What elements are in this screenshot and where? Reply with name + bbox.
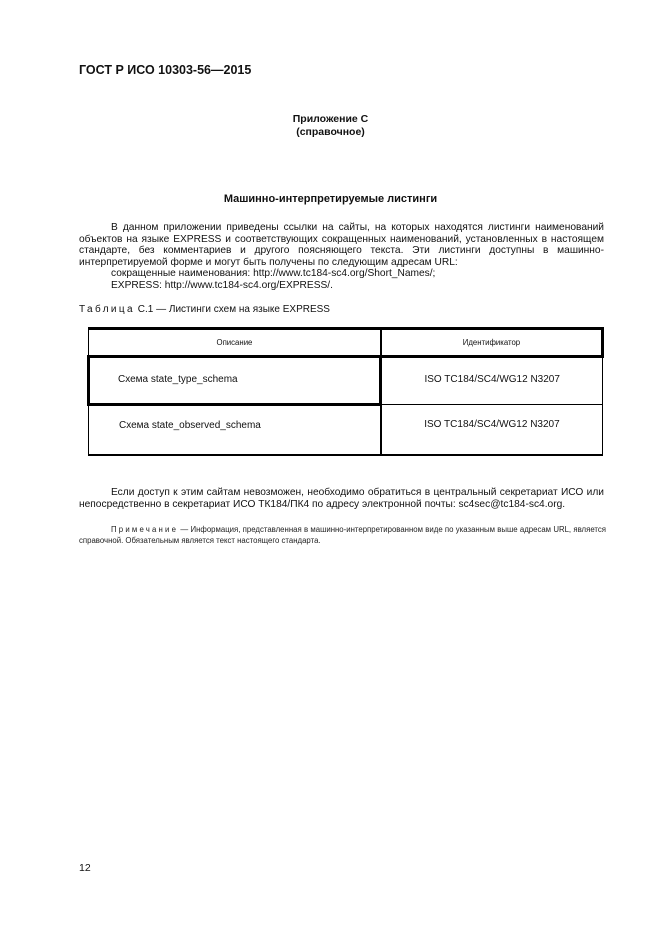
intro-paragraph: В данном приложении приведены ссылки на … <box>79 222 604 268</box>
annex-heading: Приложение С (справочное) <box>0 113 661 139</box>
note-label: Примечание <box>111 525 178 534</box>
page-number: 12 <box>79 862 91 874</box>
section-title: Машинно-интерпретируемые листинги <box>0 193 661 205</box>
contact-paragraph: Если доступ к этим сайтам невозможен, не… <box>79 487 604 510</box>
note: Примечание — Информация, представленная … <box>79 524 606 546</box>
column-header-identifier: Идентификатор <box>381 329 603 357</box>
annex-kind: (справочное) <box>0 126 661 139</box>
column-header-description: Описание <box>89 329 381 357</box>
table-caption-text: С.1 — Листинги схем на языке EXPRESS <box>135 304 330 315</box>
link-express: EXPRESS: http://www.tc184-sc4.org/EXPRES… <box>79 280 604 292</box>
cell-description: Схема state_observed_schema <box>89 405 381 455</box>
cell-identifier: ISO TC184/SC4/WG12 N3207 <box>381 357 603 405</box>
table-header-row: Описание Идентификатор <box>89 329 603 357</box>
table-caption-label: Таблица <box>79 304 135 315</box>
link-short-names: сокращенные наименования: http://www.tc1… <box>79 268 604 280</box>
table-row: Схема state_type_schema ISO TC184/SC4/WG… <box>89 357 603 405</box>
table-caption: Таблица С.1 — Листинги схем на языке EXP… <box>79 304 330 315</box>
cell-description: Схема state_type_schema <box>89 357 381 405</box>
table-row: Схема state_observed_schema ISO TC184/SC… <box>89 405 603 455</box>
schema-listings-table: Описание Идентификатор Схема state_type_… <box>87 327 604 456</box>
annex-title: Приложение С <box>0 113 661 126</box>
document-header: ГОСТ Р ИСО 10303-56—2015 <box>79 63 251 77</box>
intro-section: В данном приложении приведены ссылки на … <box>79 222 604 292</box>
cell-identifier: ISO TC184/SC4/WG12 N3207 <box>381 405 603 455</box>
